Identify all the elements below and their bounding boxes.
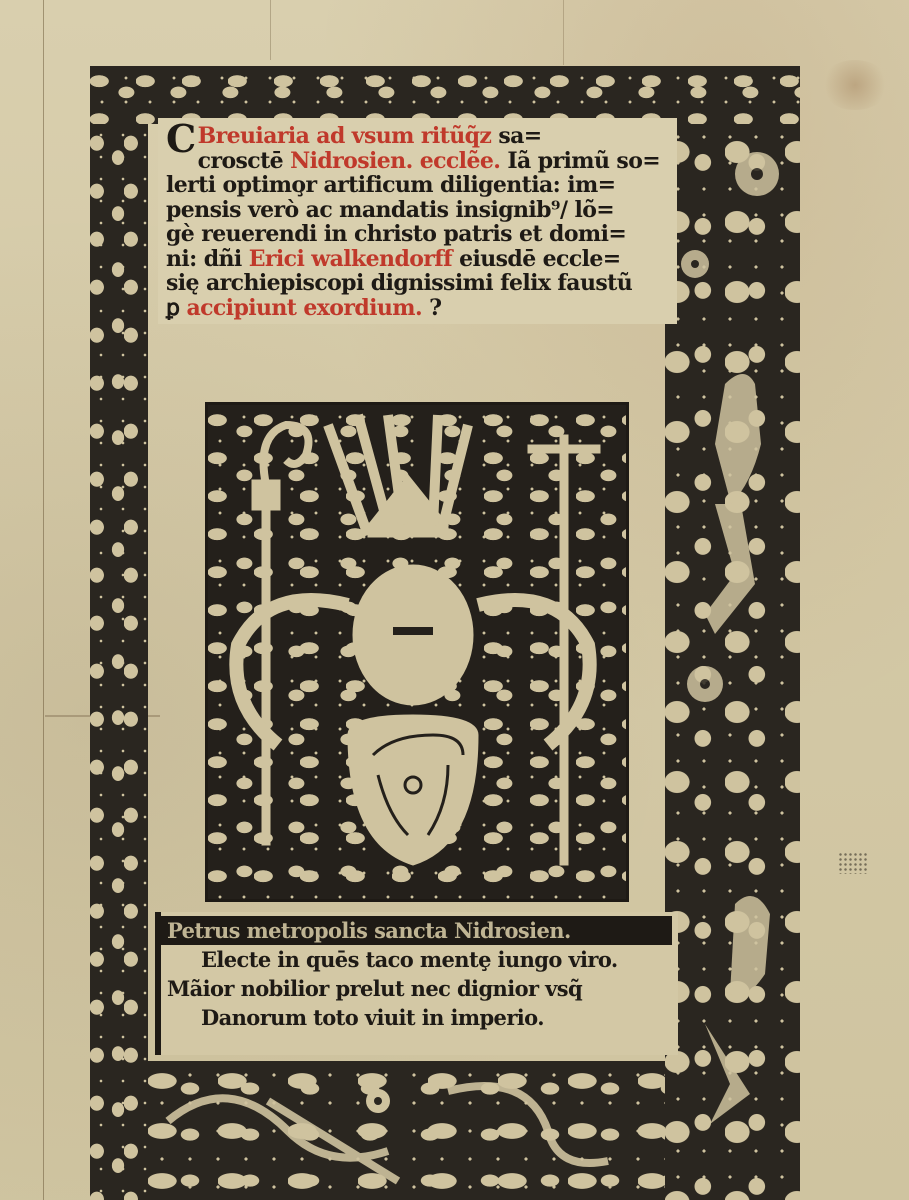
title-line-8: ꝑ accipiunt exordium. ?	[166, 296, 671, 321]
colophon-line-4: Danorum toto viuit in imperio.	[167, 1003, 672, 1032]
processional-cross-staff	[560, 435, 568, 865]
border-bottom-illustration	[148, 1061, 665, 1200]
coat-of-arms-illustration	[208, 405, 626, 899]
cross-arm-icon	[528, 445, 600, 453]
colophon-verse: Petrus metropolis sancta Nidrosien. Elec…	[155, 912, 678, 1055]
ink-specks	[838, 852, 868, 874]
border-left-foliage	[90, 124, 148, 1200]
title-text-block: C Breuiaria ad vsum ritũq̃z sa= crosctē…	[158, 118, 677, 324]
title-line-2: crosctē Nidrosien. ecclẽe. Iã primũ so…	[166, 149, 671, 174]
title-line-6: ni: dñi Erici walkendorff eiusdē eccle=	[166, 247, 671, 272]
title-line-4: pensis verò ac mandatis insignib⁹/ lõ=	[166, 198, 671, 223]
title-line-1: Breuiaria ad vsum ritũq̃z sa=	[166, 124, 671, 149]
coat-of-arms-woodcut	[205, 402, 629, 902]
binding-edge	[43, 0, 44, 1200]
banners-icon	[328, 415, 468, 535]
border-top-vine-scroll	[90, 66, 800, 124]
colophon-line-1: Petrus metropolis sancta Nidrosien.	[161, 916, 672, 945]
paper-crease-top	[270, 0, 271, 60]
border-right-illustration	[665, 124, 800, 1200]
colophon-line-2: Electe in quēs taco mentȩ iungo viro.	[167, 945, 672, 974]
colophon-line-3: Mãior nobilior prelut nec dignior vsq̃	[167, 974, 672, 1003]
title-line-5: gè reuerendi in christo patris et domi=	[166, 222, 671, 247]
border-right-floral-figures	[665, 124, 800, 1200]
title-line-7: się archiepiscopi dignissimi felix faust…	[166, 271, 671, 296]
crozier-crook-icon	[264, 425, 309, 485]
title-line-3: lerti optimo̧r artificum diligentia: im=	[166, 173, 671, 198]
crozier-knop	[252, 480, 280, 510]
decorated-initial: C	[166, 124, 196, 154]
crozier-staff	[262, 485, 270, 845]
border-bottom-grotesque	[148, 1061, 665, 1200]
paper-stain	[820, 60, 890, 110]
paper-crease-top-2	[563, 0, 564, 65]
